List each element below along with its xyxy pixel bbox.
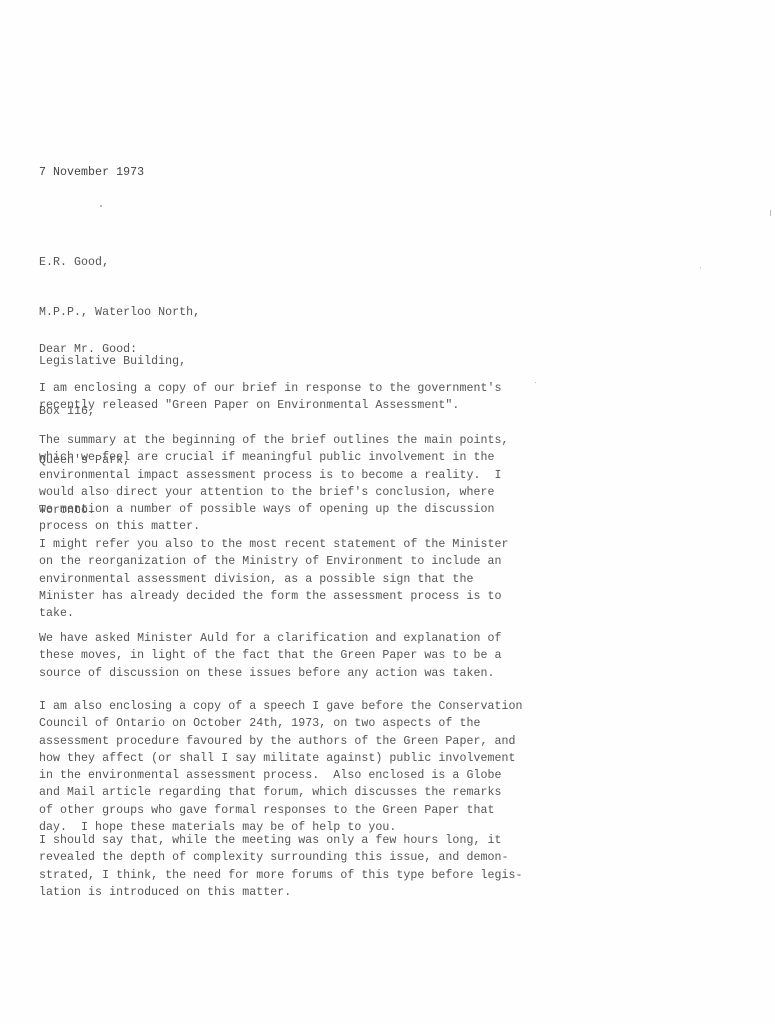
- address-line: M.P.P., Waterloo North,: [39, 305, 200, 321]
- paragraph-line: would also direct your attention to the …: [39, 484, 509, 501]
- paragraph-line: strated, I think, the need for more foru…: [39, 867, 523, 884]
- paragraph-line: I might refer you also to the most recen…: [39, 536, 509, 553]
- paragraph-line: how they affect (or shall I say militate…: [39, 750, 523, 767]
- paragraph-line: on the reorganization of the Ministry of…: [39, 553, 509, 570]
- paragraph-line: and Mail article regarding that forum, w…: [39, 784, 523, 801]
- paragraph-line: assessment procedure favoured by the aut…: [39, 733, 523, 750]
- body-paragraph: I might refer you also to the most recen…: [39, 536, 509, 622]
- scan-speck: [700, 267, 701, 268]
- paragraph-line: Minister has already decided the form th…: [39, 588, 509, 605]
- paragraph-line: source of discussion on these issues bef…: [39, 665, 502, 682]
- paragraph-line: take.: [39, 605, 509, 622]
- letter-page: 7 November 1973 E.R. Good, M.P.P., Water…: [0, 0, 775, 1024]
- body-paragraph: I am also enclosing a copy of a speech I…: [39, 698, 523, 836]
- paragraph-line: We have asked Minister Auld for a clarif…: [39, 630, 502, 647]
- paragraph-line: The summary at the beginning of the brie…: [39, 432, 509, 449]
- paragraph-line: I am enclosing a copy of our brief in re…: [39, 380, 502, 397]
- paragraph-line: recently released "Green Paper on Enviro…: [39, 397, 502, 414]
- paragraph-line: I am also enclosing a copy of a speech I…: [39, 698, 523, 715]
- scan-speck: [535, 382, 536, 383]
- address-line: E.R. Good,: [39, 255, 200, 271]
- body-paragraph: The summary at the beginning of the brie…: [39, 432, 509, 536]
- scan-speck: [100, 205, 102, 207]
- paragraph-line: in the environmental assessment process.…: [39, 767, 523, 784]
- paragraph-line: Council of Ontario on October 24th, 1973…: [39, 715, 523, 732]
- paragraph-line: environmental impact assessment process …: [39, 467, 509, 484]
- body-paragraph: We have asked Minister Auld for a clarif…: [39, 630, 502, 682]
- scan-speck: [770, 210, 771, 216]
- paragraph-line: which we feel are crucial if meaningful …: [39, 449, 509, 466]
- paragraph-line: these moves, in light of the fact that t…: [39, 647, 502, 664]
- paragraph-line: process on this matter.: [39, 518, 509, 535]
- body-paragraph: I should say that, while the meeting was…: [39, 832, 523, 901]
- paragraph-line: of other groups who gave formal response…: [39, 802, 523, 819]
- paragraph-line: I should say that, while the meeting was…: [39, 832, 523, 849]
- body-paragraph: I am enclosing a copy of our brief in re…: [39, 380, 502, 415]
- paragraph-line: revealed the depth of complexity surroun…: [39, 849, 523, 866]
- letter-date: 7 November 1973: [39, 164, 144, 181]
- paragraph-line: environmental assessment division, as a …: [39, 571, 509, 588]
- paragraph-line: lation is introduced on this matter.: [39, 884, 523, 901]
- salutation: Dear Mr. Good:: [39, 341, 137, 358]
- paragraph-line: we mention a number of possible ways of …: [39, 501, 509, 518]
